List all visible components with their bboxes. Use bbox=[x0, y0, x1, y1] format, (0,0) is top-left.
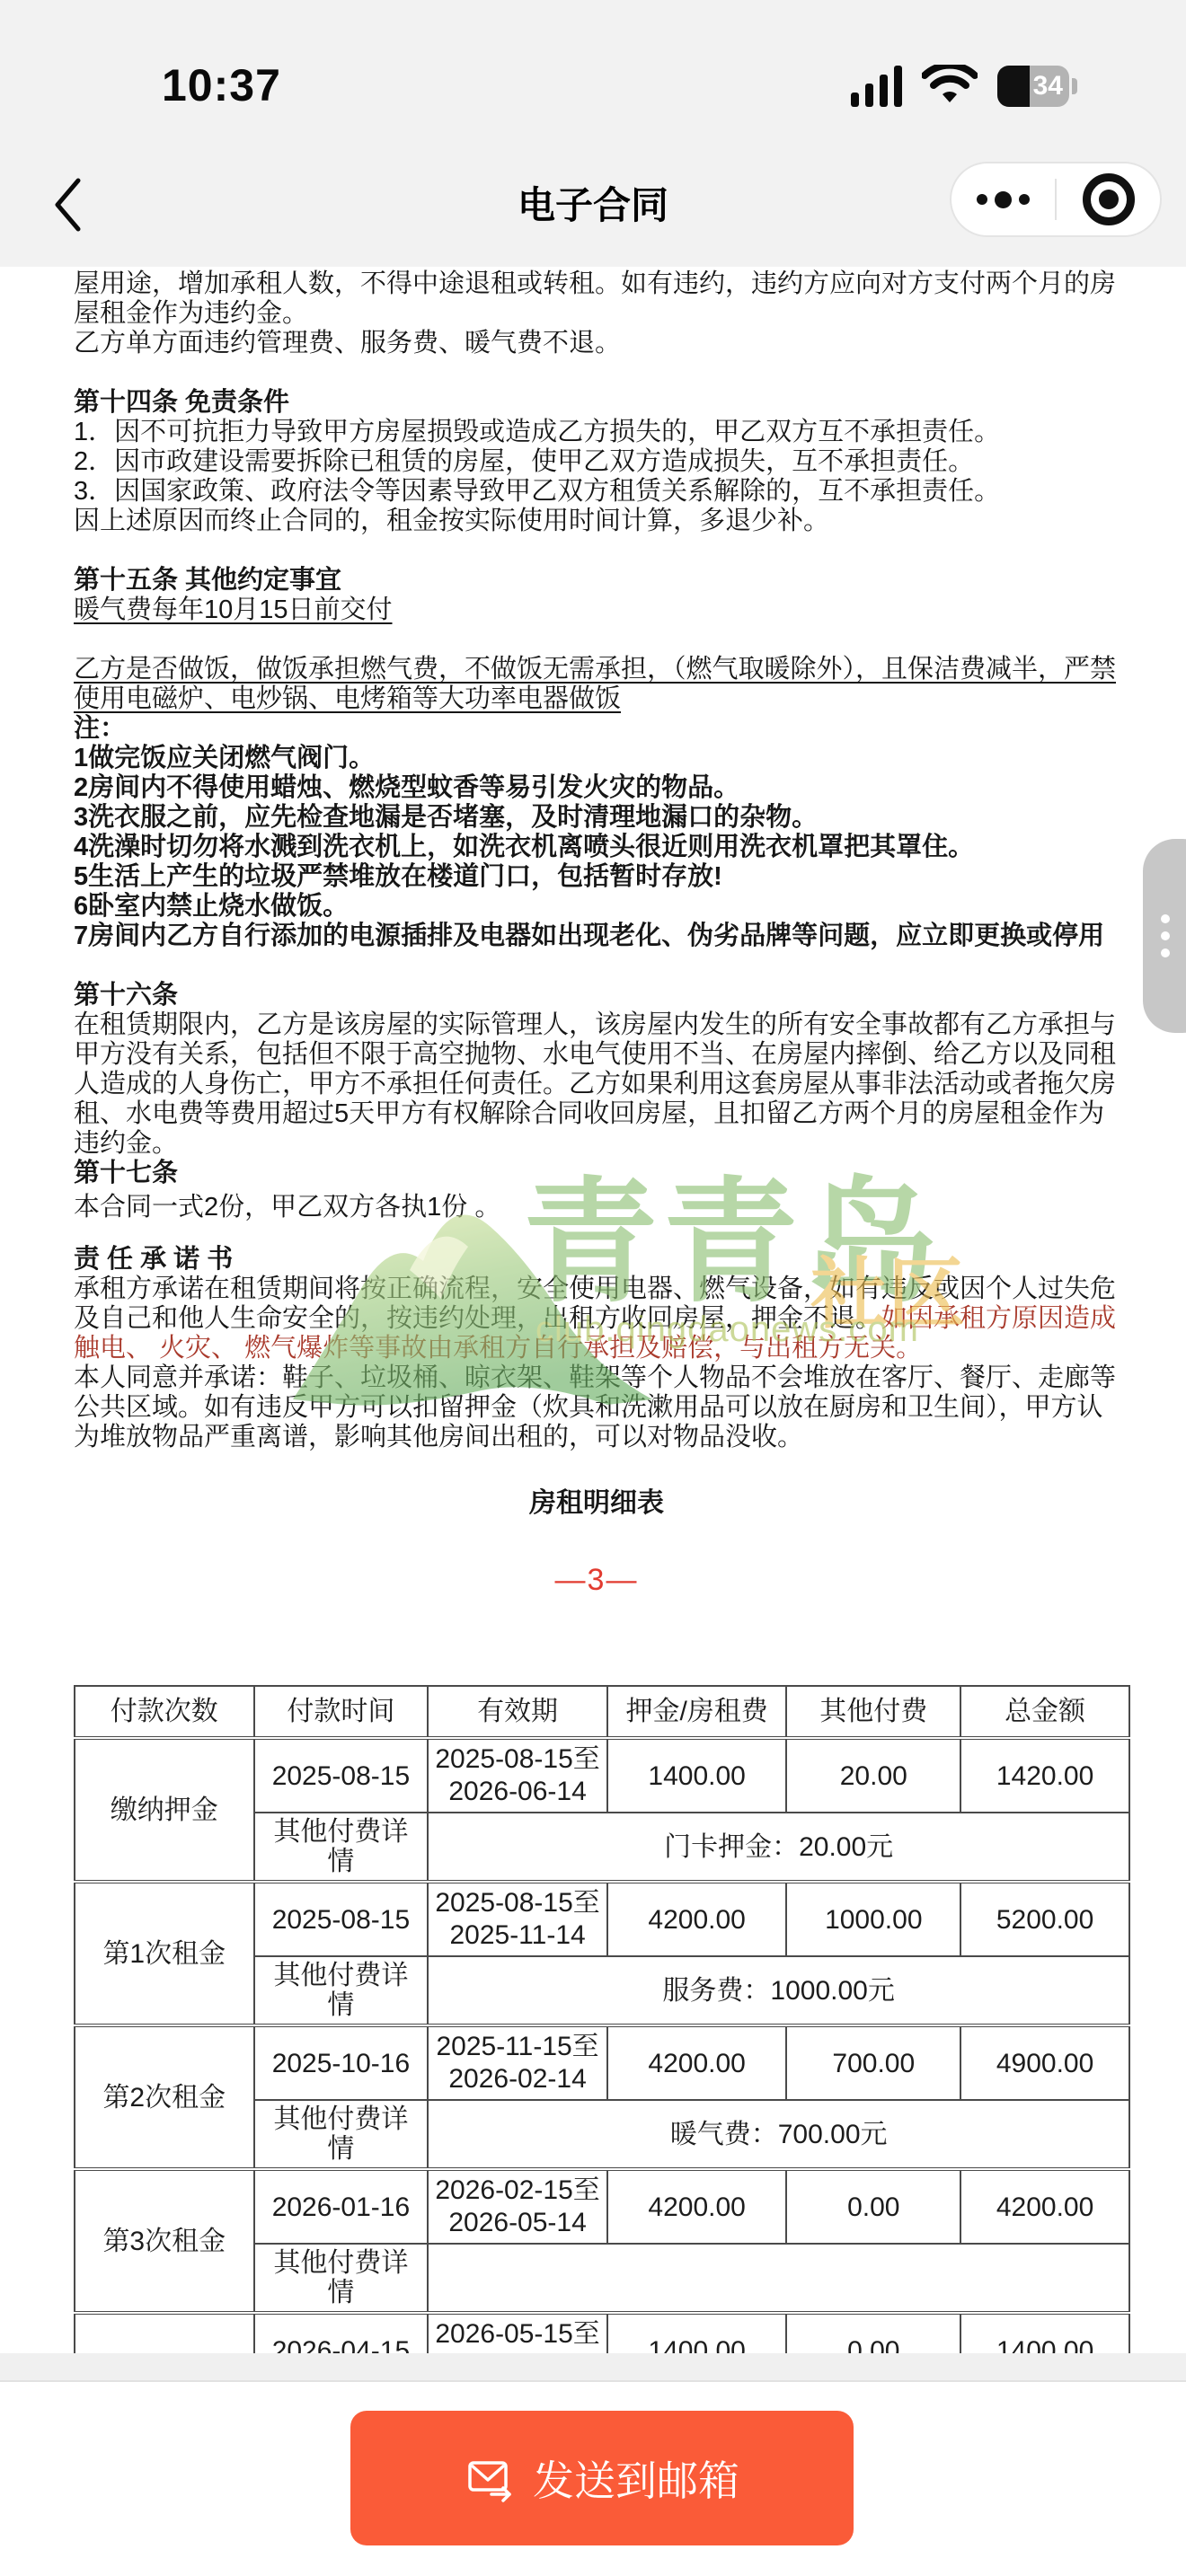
deposit-cell: 1400.00 bbox=[607, 2313, 787, 2353]
validity-cell: 2025-11-15至2026-02-14 bbox=[428, 2025, 607, 2100]
miniprogram-capsule bbox=[950, 162, 1162, 237]
content-footer-gap bbox=[0, 2353, 1186, 2382]
total-cell: 1420.00 bbox=[960, 1738, 1129, 1813]
group-label: 第4次租金 bbox=[75, 2313, 254, 2353]
other-fee-cell: 700.00 bbox=[786, 2025, 960, 2100]
detail-label-cell: 其他付费详情 bbox=[254, 1956, 429, 2025]
promise-paragraph-2: 本人同意并承诺：鞋子、垃圾桶、晾衣架、鞋架等个人物品不会堆放在客厅、餐厅、走廊等… bbox=[74, 1363, 1120, 1452]
rent-detail-table: 付款次数 付款时间 有效期 押金/房租费 其他付费 总金额 缴纳押金 2025-… bbox=[74, 1685, 1130, 2353]
deposit-cell: 4200.00 bbox=[607, 1882, 787, 1956]
handle-dot bbox=[1161, 931, 1170, 940]
nav-bar: 电子合同 bbox=[0, 144, 1186, 267]
contract-text-line: 屋用途，增加承租人数，不得中途退租或转租。如有违约，违约方应向对方支付两个月的房… bbox=[74, 269, 1120, 329]
side-scroll-handle[interactable] bbox=[1143, 839, 1186, 1033]
clause-16-heading: 第十六条 bbox=[74, 981, 1120, 1010]
contract-document: 屋用途，增加承租人数，不得中途退租或转租。如有违约，违约方应向对方支付两个月的房… bbox=[0, 267, 1186, 2353]
total-cell: 4200.00 bbox=[960, 2169, 1129, 2244]
group-label: 第3次租金 bbox=[75, 2169, 254, 2313]
note-item: 5生活上产生的垃圾严禁堆放在楼道门口，包括暂时存放! bbox=[74, 862, 1120, 892]
group-label: 第1次租金 bbox=[75, 1882, 254, 2025]
col-header-deposit-rent: 押金/房租费 bbox=[607, 1686, 787, 1738]
handle-dot bbox=[1161, 914, 1170, 923]
table-row: 第1次租金 2025-08-15 2025-08-15至2025-11-14 4… bbox=[75, 1882, 1129, 1956]
heating-fee-term: 暖气费每年10月15日前交付 bbox=[74, 595, 393, 624]
status-bar: 10:37 34 bbox=[0, 0, 1186, 144]
table-row: 第3次租金 2026-01-16 2026-02-15至2026-05-14 4… bbox=[75, 2169, 1129, 2244]
page-number-marker: —3— bbox=[74, 1566, 1120, 1595]
note-item: 1做完饭应关闭燃气阀门。 bbox=[74, 744, 1120, 773]
other-fee-cell: 0.00 bbox=[786, 2313, 960, 2353]
table-header-row: 付款次数 付款时间 有效期 押金/房租费 其他付费 总金额 bbox=[75, 1686, 1129, 1738]
table-row: 第2次租金 2025-10-16 2025-11-15至2026-02-14 4… bbox=[75, 2025, 1129, 2100]
table-row: 缴纳押金 2025-08-15 2025-08-15至2026-06-14 14… bbox=[75, 1738, 1129, 1813]
clause-17-heading: 第十七条 bbox=[74, 1159, 1120, 1188]
clause-15-heading: 第十五条 其他约定事宜 bbox=[74, 566, 1120, 595]
cellular-signal-icon bbox=[851, 66, 902, 107]
table-row: 第4次租金 2026-04-15 2026-05-15至2026-06-14 1… bbox=[75, 2313, 1129, 2353]
battery-fill bbox=[997, 66, 1030, 107]
status-icons: 34 bbox=[851, 65, 1077, 108]
group-label: 第2次租金 bbox=[75, 2025, 254, 2169]
promise-paragraph: 承租方承诺在租赁期间将按正确流程，安全使用电器、燃气设备，如有违反或因个人过失危… bbox=[74, 1275, 1120, 1363]
col-header-other-fee: 其他付费 bbox=[786, 1686, 960, 1738]
rent-table-title: 房租明细表 bbox=[74, 1488, 1120, 1518]
total-cell: 4900.00 bbox=[960, 2025, 1129, 2100]
mail-send-icon bbox=[465, 2453, 515, 2503]
other-fee-cell: 0.00 bbox=[786, 2169, 960, 2244]
group-label: 缴纳押金 bbox=[75, 1738, 254, 1882]
promise-letter-title: 责 任 承 诺 书 bbox=[74, 1245, 1120, 1275]
send-button-label: 发送到邮箱 bbox=[533, 2448, 739, 2508]
col-header-validity: 有效期 bbox=[428, 1686, 607, 1738]
note-item: 2房间内不得使用蜡烛、燃烧型蚊香等易引发火灾的物品。 bbox=[74, 773, 1120, 803]
validity-cell: 2025-08-15至2025-11-14 bbox=[428, 1882, 607, 1956]
deposit-cell: 4200.00 bbox=[607, 2025, 787, 2100]
more-options-button[interactable] bbox=[951, 163, 1055, 235]
pay-time-cell: 2025-10-16 bbox=[254, 2025, 429, 2100]
detail-value-cell: 服务费：1000.00元 bbox=[428, 1956, 1129, 2025]
detail-value-cell bbox=[428, 2244, 1129, 2313]
clause-14-item: 因上述原因而终止合同的，租金按实际使用时间计算，多退少补。 bbox=[74, 507, 1120, 536]
note-item: 4洗澡时切勿将水溅到洗衣机上，如洗衣机离喷头很近则用洗衣机罩把其罩住。 bbox=[74, 833, 1120, 862]
detail-value-cell: 暖气费：700.00元 bbox=[428, 2100, 1129, 2169]
clause-17-body: 本合同一式2份，甲乙双方各执1份 。 bbox=[74, 1193, 1120, 1222]
target-circle-icon bbox=[1083, 173, 1135, 225]
bottom-action-bar: 发送到邮箱 bbox=[0, 2384, 1186, 2576]
total-cell: 5200.00 bbox=[960, 1882, 1129, 1956]
pay-time-cell: 2025-08-15 bbox=[254, 1882, 429, 1956]
wifi-icon bbox=[922, 65, 978, 108]
validity-cell: 2026-02-15至2026-05-14 bbox=[428, 2169, 607, 2244]
col-header-pay-time: 付款时间 bbox=[254, 1686, 429, 1738]
top-chrome: 10:37 34 电子合同 bbox=[0, 0, 1186, 267]
deposit-cell: 1400.00 bbox=[607, 1738, 787, 1813]
clause-16-body: 在租赁期限内，乙方是该房屋的实际管理人，该房屋内发生的所有安全事故都有乙方承担与… bbox=[74, 1010, 1120, 1159]
pay-time-cell: 2026-04-15 bbox=[254, 2313, 429, 2353]
handle-dot bbox=[1161, 948, 1170, 957]
pay-time-cell: 2026-01-16 bbox=[254, 2169, 429, 2244]
battery-icon: 34 bbox=[997, 66, 1077, 107]
other-fee-cell: 1000.00 bbox=[786, 1882, 960, 1956]
note-item: 3洗衣服之前，应先检查地漏是否堵塞，及时清理地漏口的杂物。 bbox=[74, 803, 1120, 833]
note-label: 注： bbox=[74, 714, 1120, 744]
note-item: 6卧室内禁止烧水做饭。 bbox=[74, 892, 1120, 922]
note-item: 7房间内乙方自行添加的电源插排及电器如出现老化、伪劣品牌等问题，应立即更换或停用 bbox=[74, 922, 1120, 951]
validity-cell: 2026-05-15至2026-06-14 bbox=[428, 2313, 607, 2353]
deposit-cell: 4200.00 bbox=[607, 2169, 787, 2244]
clause-14-heading: 第十四条 免责条件 bbox=[74, 388, 1120, 418]
detail-value-cell: 门卡押金：20.00元 bbox=[428, 1813, 1129, 1882]
clause-14-item: 3．因国家政策、政府法令等因素导致甲乙双方租赁关系解除的，互不承担责任。 bbox=[74, 477, 1120, 507]
ellipsis-icon bbox=[977, 191, 1030, 208]
validity-cell: 2025-08-15至2026-06-14 bbox=[428, 1738, 607, 1813]
close-home-button[interactable] bbox=[1057, 163, 1160, 235]
battery-percent: 34 bbox=[1033, 66, 1063, 107]
clause-14-item: 1．因不可抗拒力导致甲方房屋损毁或造成乙方损失的，甲乙双方互不承担责任。 bbox=[74, 418, 1120, 447]
clause-14-item: 2．因市政建设需要拆除已租赁的房屋，使甲乙双方造成损失，互不承担责任。 bbox=[74, 447, 1120, 477]
col-header-total: 总金额 bbox=[960, 1686, 1129, 1738]
total-cell: 1400.00 bbox=[960, 2313, 1129, 2353]
clock-time: 10:37 bbox=[162, 59, 281, 111]
battery-nub bbox=[1072, 78, 1077, 94]
contract-text-line: 乙方单方面违约管理费、服务费、暖气费不退。 bbox=[74, 329, 1120, 358]
col-header-pay-count: 付款次数 bbox=[75, 1686, 254, 1738]
detail-label-cell: 其他付费详情 bbox=[254, 2100, 429, 2169]
other-fee-cell: 20.00 bbox=[786, 1738, 960, 1813]
detail-label-cell: 其他付费详情 bbox=[254, 2244, 429, 2313]
detail-label-cell: 其他付费详情 bbox=[254, 1813, 429, 1882]
send-to-email-button[interactable]: 发送到邮箱 bbox=[350, 2411, 854, 2545]
pay-time-cell: 2025-08-15 bbox=[254, 1738, 429, 1813]
cooking-term: 乙方是否做饭，做饭承担燃气费，不做饭无需承担，（燃气取暖除外），且保洁费减半，严… bbox=[74, 655, 1116, 713]
